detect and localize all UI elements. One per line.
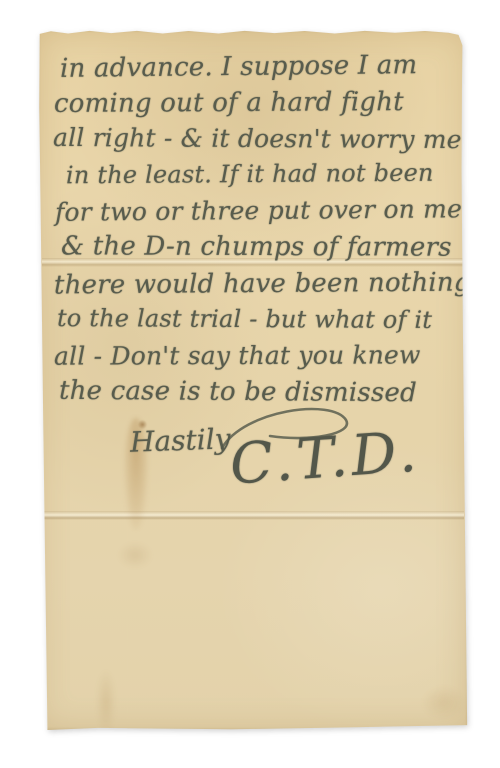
handwritten-text-block: in advance. I suppose I am coming out of… [38, 30, 468, 730]
letter-line: & the D-n chumps of farmers [61, 233, 452, 260]
letter-line: in the least. If it had not been [66, 161, 434, 188]
letter-line: for two or three put over on me [55, 196, 462, 225]
letter-line: all right - & it doesn't worry me [53, 125, 462, 152]
letter-photo: in advance. I suppose I am coming out of… [0, 0, 500, 768]
letter-line: the case is to be dismissed [59, 378, 417, 406]
signature: C.T.D. [228, 419, 422, 497]
letter-sheet: in advance. I suppose I am coming out of… [38, 30, 468, 730]
letter-line: all - Don't say that you knew [54, 342, 421, 368]
letter-sheet-wrapper: in advance. I suppose I am coming out of… [38, 30, 468, 730]
letter-line: there would have been nothing [54, 270, 471, 299]
letter-line: in advance. I suppose I am [60, 52, 418, 82]
letter-line: to the last trial - but what of it [57, 306, 432, 332]
letter-line: coming out of a hard fight [54, 89, 404, 117]
letter-closing: Hastily [129, 422, 231, 458]
